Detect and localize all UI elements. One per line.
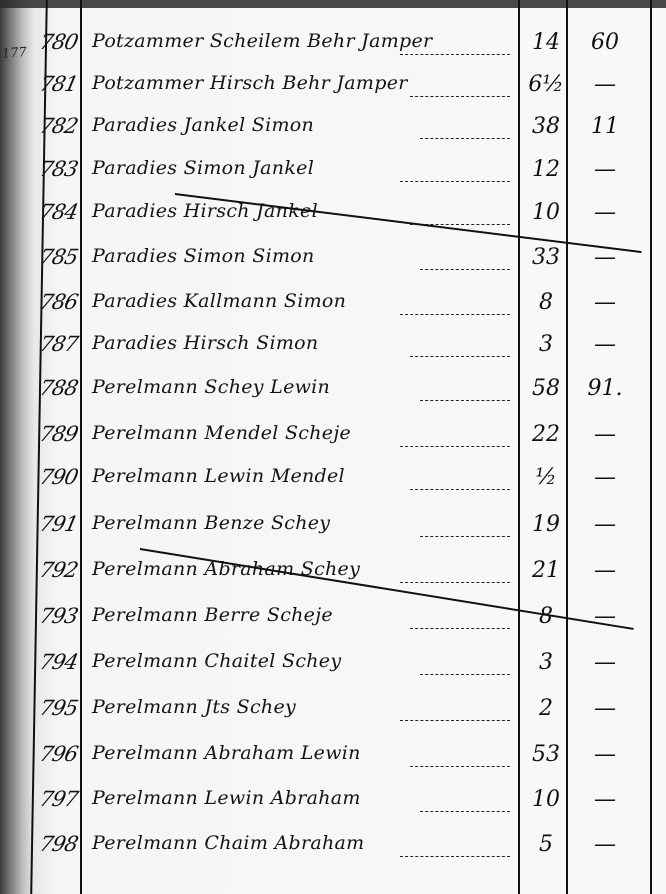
table-row: 790Perelmann Lewin Mendel½— (0, 465, 666, 502)
fill-dash (400, 54, 510, 55)
entry-amount: — (570, 332, 640, 357)
table-row: 796Perelmann Abraham Lewin53— (0, 742, 666, 779)
entry-age: 33 (524, 245, 568, 270)
entry-age: 3 (524, 332, 568, 357)
entry-name: Paradies Jankel Simon (92, 114, 512, 136)
table-row: 795Perelmann Jts Schey2— (0, 696, 666, 733)
entry-name: Perelmann Berre Scheje (92, 604, 512, 626)
entry-age: 22 (524, 422, 568, 447)
entry-age: 10 (524, 787, 568, 812)
entry-name: Perelmann Lewin Mendel (92, 465, 512, 487)
entry-amount: — (570, 200, 640, 225)
entry-amount: — (570, 157, 640, 182)
entry-amount: — (570, 72, 640, 97)
register-page: 177 780Potzammer Scheilem Behr Jamper146… (0, 0, 666, 894)
entry-name: Paradies Simon Jankel (92, 157, 512, 179)
entry-amount: — (570, 512, 640, 537)
table-row: 793Perelmann Berre Scheje8— (0, 604, 666, 641)
table-row: 798Perelmann Chaim Abraham5— (0, 832, 666, 869)
entry-age: 38 (524, 114, 568, 139)
entry-name: Perelmann Mendel Scheje (92, 422, 512, 444)
fill-dash (410, 356, 510, 357)
fill-dash (410, 96, 510, 97)
fill-dash (400, 181, 510, 182)
entry-age: 21 (524, 558, 568, 583)
entry-name: Potzammer Hirsch Behr Jamper (92, 72, 512, 94)
entry-age: 58 (524, 376, 568, 401)
entry-name: Perelmann Chaitel Schey (92, 650, 512, 672)
fill-dash (420, 536, 510, 537)
table-row: 783Paradies Simon Jankel12— (0, 157, 666, 194)
table-row: 786Paradies Kallmann Simon8— (0, 290, 666, 327)
entry-name: Perelmann Abraham Lewin (92, 742, 512, 764)
table-row: 782Paradies Jankel Simon3811 (0, 114, 666, 151)
entry-age: 19 (524, 512, 568, 537)
entry-amount: 11 (570, 114, 640, 139)
fill-dash (410, 766, 510, 767)
entry-amount: — (570, 696, 640, 721)
entry-age: 3 (524, 650, 568, 675)
table-row: 784Paradies Hirsch Jankel10— (0, 200, 666, 237)
fill-dash (400, 446, 510, 447)
table-row: 794Perelmann Chaitel Schey3— (0, 650, 666, 687)
fill-dash (420, 269, 510, 270)
fill-dash (400, 720, 510, 721)
entry-amount: — (570, 742, 640, 767)
entry-name: Potzammer Scheilem Behr Jamper (92, 30, 512, 52)
entry-amount: — (570, 465, 640, 490)
entry-name: Perelmann Chaim Abraham (92, 832, 512, 854)
entry-amount: — (570, 290, 640, 315)
table-row: 788Perelmann Schey Lewin5891. (0, 376, 666, 413)
table-row: 789Perelmann Mendel Scheje22— (0, 422, 666, 459)
entry-age: 12 (524, 157, 568, 182)
table-row: 787Paradies Hirsch Simon3— (0, 332, 666, 369)
fill-dash (400, 314, 510, 315)
entry-age: 10 (524, 200, 568, 225)
fill-dash (410, 489, 510, 490)
entry-name: Perelmann Schey Lewin (92, 376, 512, 398)
entry-age: ½ (524, 465, 568, 490)
fill-dash (420, 138, 510, 139)
table-row: 792Perelmann Abraham Schey21— (0, 558, 666, 595)
entry-age: 2 (524, 696, 568, 721)
entry-amount: — (570, 832, 640, 857)
table-row: 797Perelmann Lewin Abraham10— (0, 787, 666, 824)
fill-dash (400, 856, 510, 857)
entry-name: Paradies Hirsch Simon (92, 332, 512, 354)
entry-name: Perelmann Jts Schey (92, 696, 512, 718)
fill-dash (410, 628, 510, 629)
entry-amount: 60 (570, 30, 640, 55)
entry-name: Paradies Simon Simon (92, 245, 512, 267)
entry-age: 6½ (524, 72, 568, 97)
fill-dash (400, 582, 510, 583)
fill-dash (420, 400, 510, 401)
entry-amount: — (570, 650, 640, 675)
entry-name: Paradies Kallmann Simon (92, 290, 512, 312)
fill-dash (420, 811, 510, 812)
entry-amount: — (570, 558, 640, 583)
entry-age: 8 (524, 290, 568, 315)
entry-name: Paradies Hirsch Jankel (92, 200, 512, 222)
entry-amount: 91. (570, 376, 640, 401)
fill-dash (420, 674, 510, 675)
table-row: 781Potzammer Hirsch Behr Jamper6½— (0, 72, 666, 109)
entry-name: Perelmann Abraham Schey (92, 558, 512, 580)
entry-amount: — (570, 787, 640, 812)
table-row: 791Perelmann Benze Schey19— (0, 512, 666, 549)
entry-name: Perelmann Lewin Abraham (92, 787, 512, 809)
entry-age: 53 (524, 742, 568, 767)
table-row: 785Paradies Simon Simon33— (0, 245, 666, 282)
entry-age: 5 (524, 832, 568, 857)
entry-amount: — (570, 422, 640, 447)
entry-age: 14 (524, 30, 568, 55)
entry-name: Perelmann Benze Schey (92, 512, 512, 534)
table-row: 780Potzammer Scheilem Behr Jamper1460 (0, 30, 666, 67)
